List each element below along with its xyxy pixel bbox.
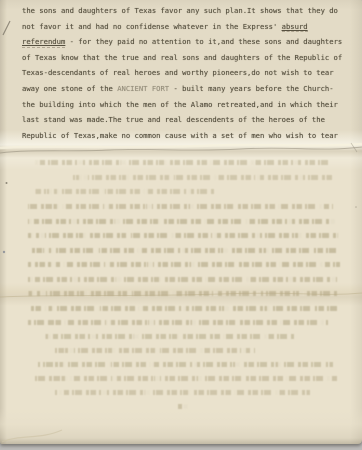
paper-marks-overlay (0, 0, 362, 450)
scanner-background: { "document": { "kind": "scanned typewri… (0, 0, 362, 450)
fold-highlight (0, 144, 362, 148)
paper-sheet: the sons and daughters of Texas favor an… (0, 0, 362, 444)
bottom-wrinkle (2, 430, 62, 442)
paper-speck (3, 251, 5, 253)
paper-speck (6, 182, 8, 184)
lower-crease-line (0, 293, 362, 297)
paper-speck (355, 206, 357, 208)
pencil-mark (3, 21, 10, 35)
